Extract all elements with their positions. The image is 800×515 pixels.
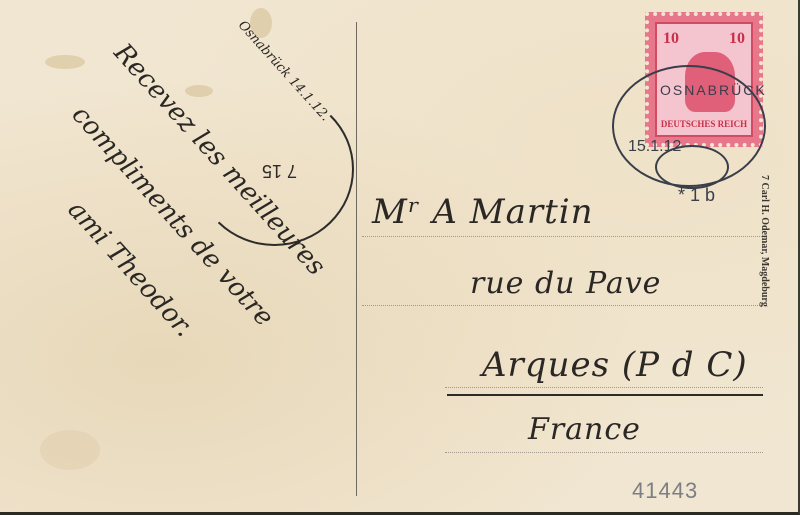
postcard-back: 10 10 DEUTSCHES REICH 15.1.12 OSNABRÜCK … [0,0,800,515]
address-street: rue du Pave [470,266,661,301]
publisher-imprint: 7 Carl H. Odemar, Magdeburg [759,175,770,307]
address-line-1 [362,236,762,237]
address-underline [447,394,763,396]
postmark-bottom: * 1 b [678,185,715,206]
age-stain [45,55,85,69]
stamp-value-left: 10 [663,30,679,48]
arrival-postmark-text: 7 15 [262,160,297,181]
postmark-city: OSNABRÜCK [660,82,767,98]
address-country: France [528,412,641,447]
address-recipient: Mʳ A Martin [372,192,594,232]
age-stain [185,85,213,97]
address-line-3 [445,387,763,388]
address-city: Arques (P d C) [482,345,748,385]
archive-number: 41443 [632,478,698,504]
stamp-value-right: 10 [729,30,745,48]
address-line-2 [362,305,762,306]
center-divider-line [356,22,357,496]
age-stain [40,430,100,470]
postmark-date: 15.1.12 [628,138,681,156]
address-line-4 [445,452,763,453]
